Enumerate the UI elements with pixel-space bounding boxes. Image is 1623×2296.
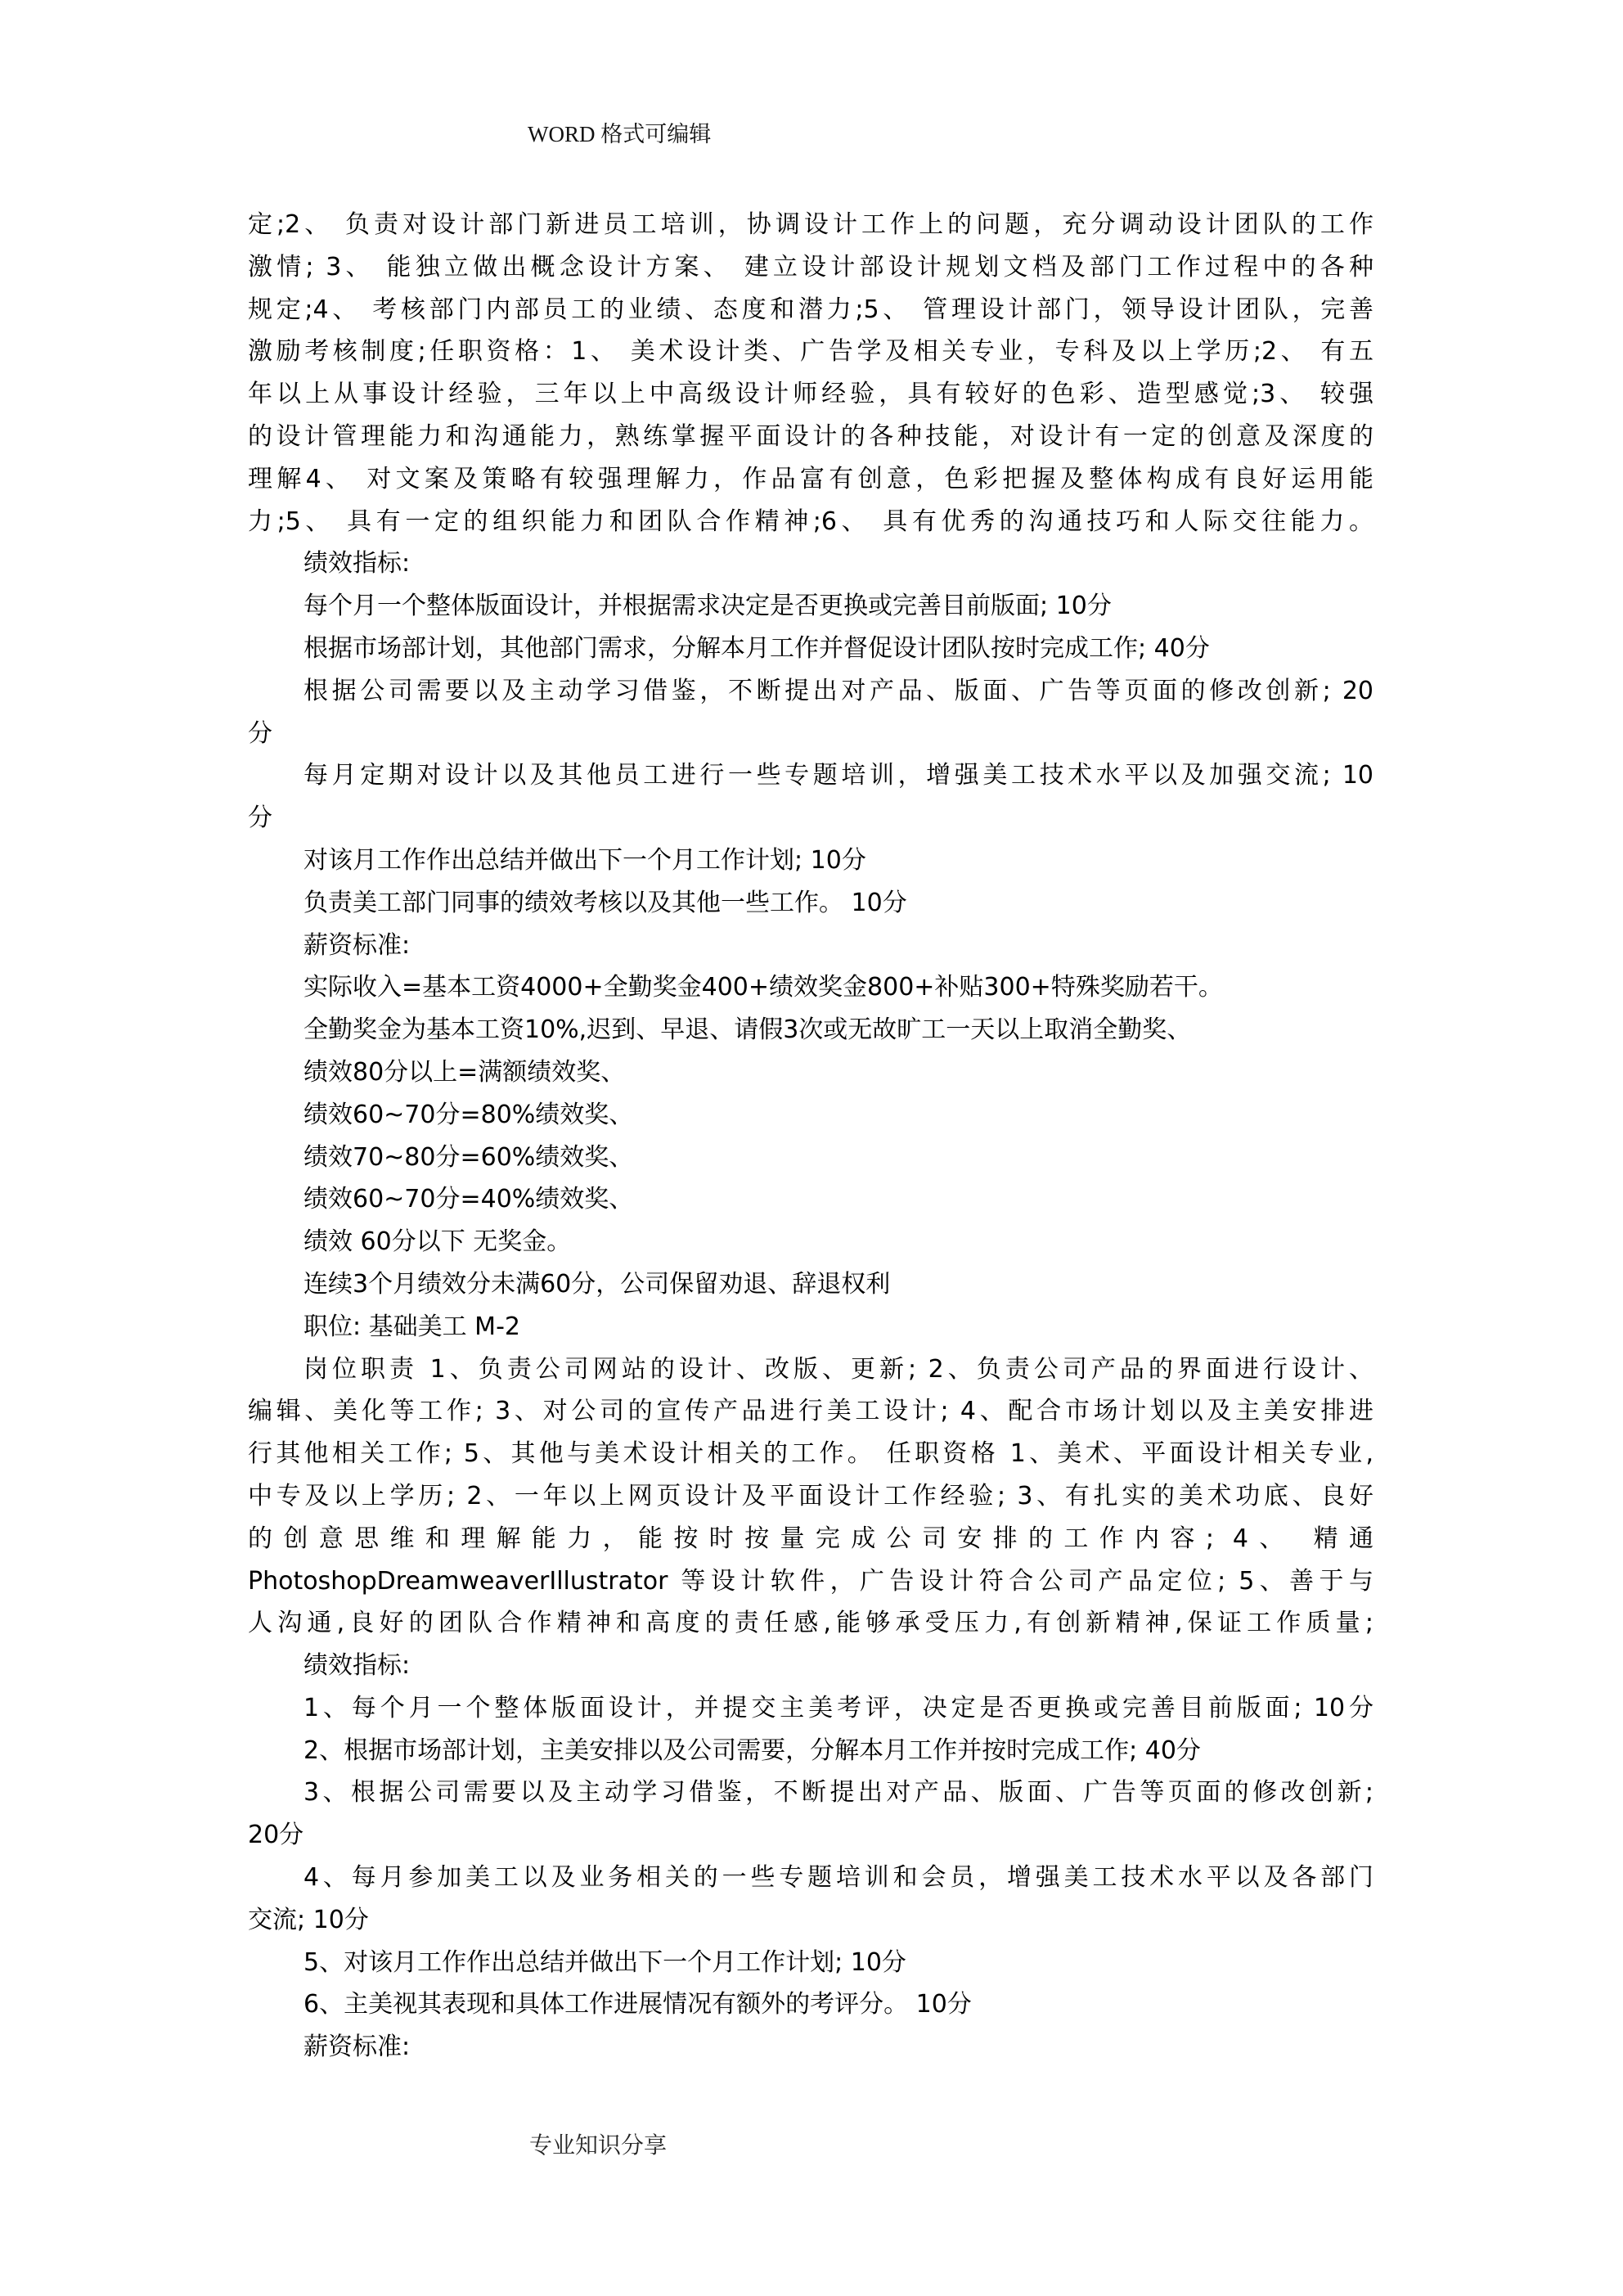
- text-line: 绩效指标:: [248, 542, 1373, 585]
- text-line: 绩效 60分以下 无奖金。: [248, 1221, 1373, 1263]
- text-line: 激情; 3、 能独立做出概念设计方案、 建立设计部设计规划文档及部门工作过程中的…: [248, 246, 1373, 289]
- text-line: 负责美工部门同事的绩效考核以及其他一些工作。 10分: [248, 882, 1373, 925]
- text-line: 绩效60~70分=80%绩效奖、: [248, 1094, 1373, 1137]
- text-line: 每个月一个整体版面设计，并根据需求决定是否更换或完善目前版面; 10分: [248, 585, 1373, 628]
- text-line: 职位: 基础美工 M-2: [248, 1306, 1373, 1348]
- text-line: 根据公司需要以及主动学习借鉴，不断提出对产品、版面、广告等页面的修改创新; 20: [248, 670, 1373, 713]
- text-line: 中专及以上学历; 2、一年以上网页设计及平面设计工作经验; 3、有扎实的美术功底…: [248, 1475, 1373, 1518]
- text-line: 规定;4、 考核部门内部员工的业绩、态度和潜力;5、 管理设计部门，领导设计团队…: [248, 289, 1373, 331]
- text-line: 2、根据市场部计划，主美安排以及公司需要，分解本月工作并按时完成工作; 40分: [248, 1730, 1373, 1772]
- text-line: 薪资标准:: [248, 925, 1373, 967]
- text-line: 绩效80分以上=满额绩效奖、: [248, 1051, 1373, 1094]
- text-line: 人沟通,良好的团队合作精神和高度的责任感,能够承受压力,有创新精神,保证工作质量…: [248, 1602, 1373, 1645]
- text-line: 6、主美视其表现和具体工作进展情况有额外的考评分。 10分: [248, 1983, 1373, 2026]
- text-line: 行其他相关工作; 5、其他与美术设计相关的工作。 任职资格 1、美术、平面设计相…: [248, 1433, 1373, 1475]
- text-line: 激励考核制度;任职资格：1、 美术设计类、广告学及相关专业，专科及以上学历;2、…: [248, 331, 1373, 373]
- text-line: 绩效60~70分=40%绩效奖、: [248, 1178, 1373, 1221]
- text-line: 20分: [248, 1814, 1373, 1857]
- text-line: 连续3个月绩效分未满60分，公司保留劝退、辞退权利: [248, 1263, 1373, 1306]
- text-line: 交流; 10分: [248, 1899, 1373, 1942]
- text-line: 的创意思维和理解能力，能按时按量完成公司安排的工作内容; 4、 精通: [248, 1518, 1373, 1560]
- text-line: 绩效指标:: [248, 1645, 1373, 1687]
- text-line: 的设计管理能力和沟通能力，熟练掌握平面设计的各种技能，对设计有一定的创意及深度的: [248, 416, 1373, 458]
- text-line: 根据市场部计划，其他部门需求，分解本月工作并督促设计团队按时完成工作; 40分: [248, 628, 1373, 670]
- text-line: 实际收入=基本工资4000+全勤奖金400+绩效奖金800+补贴300+特殊奖励…: [248, 966, 1373, 1009]
- text-line: 1、每个月一个整体版面设计，并提交主美考评，决定是否更换或完善目前版面; 10分: [248, 1687, 1373, 1730]
- text-line: 每月定期对设计以及其他员工进行一些专题培训，增强美工技术水平以及加强交流; 10: [248, 754, 1373, 797]
- text-line: 分: [248, 713, 1373, 755]
- text-line: 力;5、 具有一定的组织能力和团队合作精神;6、 具有优秀的沟通技巧和人际交往能…: [248, 501, 1373, 543]
- text-line: 理解4、 对文案及策略有较强理解力，作品富有创意，色彩把握及整体构成有良好运用能: [248, 458, 1373, 501]
- text-line: 岗位职责 1、负责公司网站的设计、改版、更新; 2、负责公司产品的界面进行设计、: [248, 1348, 1373, 1391]
- text-line: 年以上从事设计经验，三年以上中高级设计师经验，具有较好的色彩、造型感觉;3、 较…: [248, 373, 1373, 416]
- page-header: WORD 格式可编辑: [528, 119, 711, 149]
- text-line: 定;2、 负责对设计部门新进员工培训，协调设计工作上的问题，充分调动设计团队的工…: [248, 204, 1373, 246]
- text-line: 3、根据公司需要以及主动学习借鉴，不断提出对产品、版面、广告等页面的修改创新;: [248, 1772, 1373, 1814]
- text-line: 全勤奖金为基本工资10%,迟到、早退、请假3次或无故旷工一天以上取消全勤奖、: [248, 1009, 1373, 1051]
- text-line: 编辑、美化等工作; 3、对公司的宣传产品进行美工设计; 4、配合市场计划以及主美…: [248, 1390, 1373, 1433]
- page-footer: 专业知识分享: [529, 2131, 667, 2160]
- text-line: 对该月工作作出总结并做出下一个月工作计划; 10分: [248, 840, 1373, 882]
- document-body: 定;2、 负责对设计部门新进员工培训，协调设计工作上的问题，充分调动设计团队的工…: [248, 204, 1373, 2069]
- text-line: 5、对该月工作作出总结并做出下一个月工作计划; 10分: [248, 1942, 1373, 1984]
- text-line: PhotoshopDreamweaverIllustrator 等设计软件，广告…: [248, 1560, 1373, 1603]
- text-line: 分: [248, 797, 1373, 840]
- text-line: 绩效70~80分=60%绩效奖、: [248, 1137, 1373, 1179]
- text-line: 4、每月参加美工以及业务相关的一些专题培训和会员，增强美工技术水平以及各部门: [248, 1857, 1373, 1899]
- text-line: 薪资标准:: [248, 2026, 1373, 2069]
